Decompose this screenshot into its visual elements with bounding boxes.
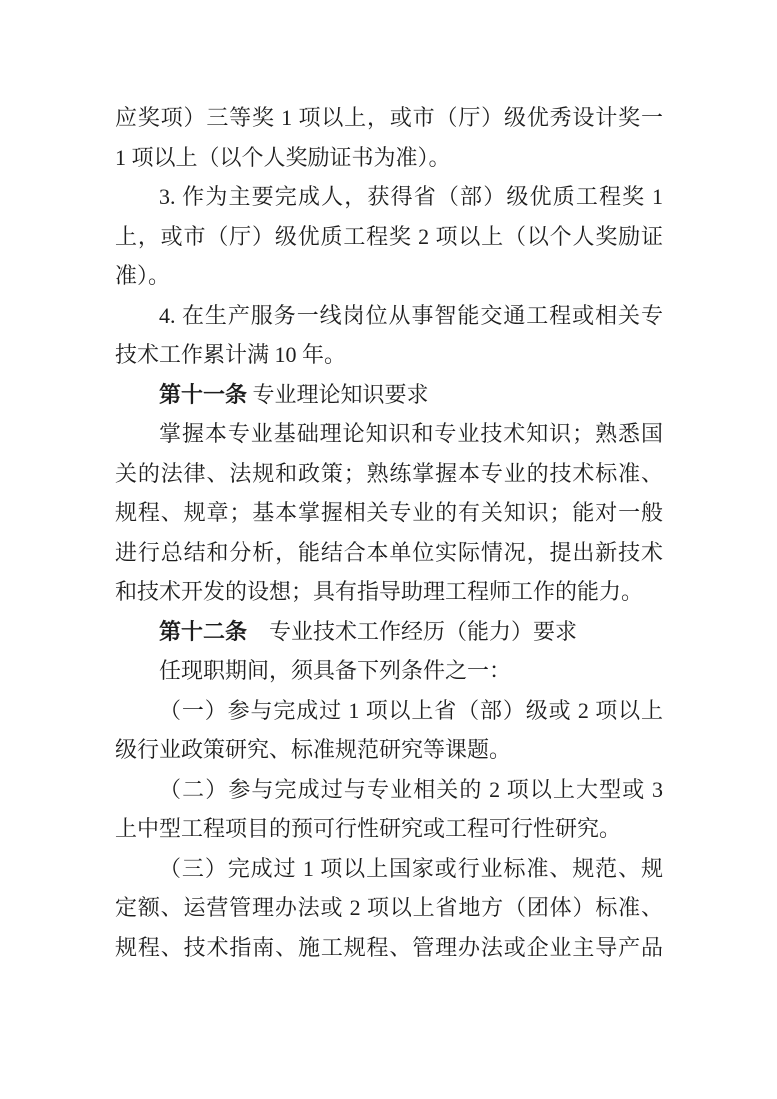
text-run: 上，或市（厅）级优质工程奖 2 项以上（以个人奖励证书为 [115, 224, 663, 257]
text-line: 上，或市（厅）级优质工程奖 2 项以上（以个人奖励证书为 [115, 217, 663, 257]
text-line: 关的法律、法规和政策；熟练掌握本专业的技术标准、规范、 [115, 454, 663, 494]
text-line: 1 项以上（以个人奖励证书为准）。 [115, 138, 663, 178]
text-run: 规程、规章；基本掌握相关专业的有关知识；能对一般技术 [115, 500, 663, 533]
text-line: （一）参与完成过 1 项以上省（部）级或 2 项以上市（厅） [115, 691, 663, 731]
text-run: 进行总结和分析，能结合本单位实际情况，提出新技术应用 [115, 540, 663, 573]
article-heading-12: 第十二条 专业技术工作经历（能力）要求 [115, 612, 663, 652]
article-number: 第十二条 [159, 619, 247, 644]
text-line: （二）参与完成过与专业相关的 2 项以上大型或 3 项以 [115, 770, 663, 810]
text-run: 技术工作累计满 10 年。 [115, 342, 346, 367]
text-line: 准）。 [115, 256, 663, 296]
text-run: （一）参与完成过 1 项以上省（部）级或 2 项以上市（厅） [115, 698, 663, 731]
document-page: 应奖项）三等奖 1 项以上，或市（厅）级优秀设计奖一等奖 1 项以上（以个人奖励… [0, 0, 777, 1099]
text-line: 4. 在生产服务一线岗位从事智能交通工程或相关专业 [115, 296, 663, 336]
text-line: 和技术开发的设想；具有指导助理工程师工作的能力。 [115, 572, 663, 612]
text-run: 准）。 [115, 263, 170, 288]
text-line: 规程、技术指南、施工规程、管理办法或企业主导产品技术 [115, 928, 663, 968]
article-number: 第十一条 [159, 382, 247, 407]
text-run: （三）完成过 1 项以上国家或行业标准、规范、规程、 [115, 856, 663, 889]
text-line: 任现职期间，须具备下列条件之一： [115, 651, 663, 691]
text-run: 定额、运营管理办法或 2 项以上省地方（团体）标准、规范、 [115, 895, 663, 928]
article-title: 专业技术工作经历（能力）要求 [247, 619, 577, 644]
text-run: 和技术开发的设想；具有指导助理工程师工作的能力。 [115, 579, 643, 604]
text-line: 3. 作为主要完成人，获得省（部）级优质工程奖 1 项以 [115, 177, 663, 217]
text-line: 定额、运营管理办法或 2 项以上省地方（团体）标准、规范、 [115, 888, 663, 928]
text-line: 规程、规章；基本掌握相关专业的有关知识；能对一般技术 [115, 493, 663, 533]
text-run: 3. 作为主要完成人，获得省（部）级优质工程奖 1 项以 [115, 184, 663, 217]
text-line: 技术工作累计满 10 年。 [115, 335, 663, 375]
article-title: 专业理论知识要求 [247, 382, 429, 407]
text-run: 级行业政策研究、标准规范研究等课题。 [115, 737, 511, 762]
text-run: 关的法律、法规和政策；熟练掌握本专业的技术标准、规范、 [115, 461, 663, 494]
text-run: 规程、技术指南、施工规程、管理办法或企业主导产品技术 [115, 935, 663, 968]
text-run: （二）参与完成过与专业相关的 2 项以上大型或 3 项以 [115, 777, 663, 810]
text-run: 应奖项）三等奖 1 项以上，或市（厅）级优秀设计奖一等奖 [115, 105, 663, 138]
text-line: 应奖项）三等奖 1 项以上，或市（厅）级优秀设计奖一等奖 [115, 98, 663, 138]
text-run: 任现职期间，须具备下列条件之一： [159, 658, 511, 683]
text-run: 上中型工程项目的预可行性研究或工程可行性研究。 [115, 816, 621, 841]
text-line: 掌握本专业基础理论知识和专业技术知识；熟悉国家有 [115, 414, 663, 454]
text-run: 掌握本专业基础理论知识和专业技术知识；熟悉国家有 [115, 421, 663, 454]
article-heading-11: 第十一条 专业理论知识要求 [115, 375, 663, 415]
text-line: （三）完成过 1 项以上国家或行业标准、规范、规程、 [115, 849, 663, 889]
text-run: 4. 在生产服务一线岗位从事智能交通工程或相关专业 [115, 303, 663, 336]
document-body: 应奖项）三等奖 1 项以上，或市（厅）级优秀设计奖一等奖 1 项以上（以个人奖励… [115, 98, 663, 967]
text-line: 级行业政策研究、标准规范研究等课题。 [115, 730, 663, 770]
text-line: 上中型工程项目的预可行性研究或工程可行性研究。 [115, 809, 663, 849]
text-run: 1 项以上（以个人奖励证书为准）。 [115, 145, 451, 170]
text-line: 进行总结和分析，能结合本单位实际情况，提出新技术应用 [115, 533, 663, 573]
